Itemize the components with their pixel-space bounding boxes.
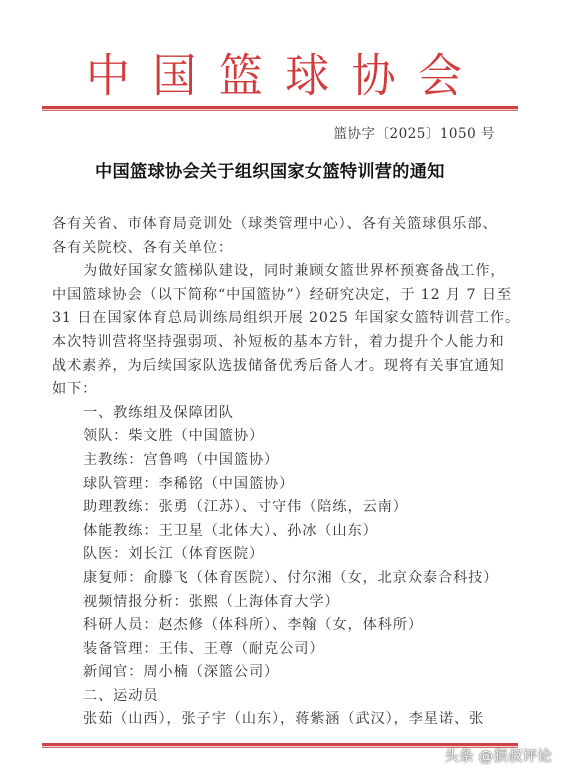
masthead-char: 国 (150, 51, 198, 104)
body-line-paragraph: 为做好国家女篮梯队建设，同时兼顾女篮世界杯预赛备战工作， (52, 260, 502, 284)
red-rule-thin (42, 110, 518, 111)
masthead-char: 篮 (217, 51, 265, 104)
staff-line-team-manager: 球队管理：李稀铭（中国篮协） (52, 473, 502, 497)
document-body: 各有关省、市体育局竞训处（球类管理中心）、各有关篮球俱乐部、 各有关院校、各有关… (52, 213, 502, 732)
staff-line-team-doctor: 队医：刘长江（体育医院） (52, 543, 502, 567)
body-line-paragraph: 本次特训营将坚持强弱项、补短板的基本方针，着力提升个人能力和 (52, 331, 502, 355)
body-line-paragraph: 如下： (52, 378, 502, 402)
athletes-line: 张茹（山西），张子宇（山东），蒋紫涵（武汉），李星诺、张 (52, 708, 502, 732)
source-watermark: 头条 @狠叔评论 (444, 747, 552, 767)
staff-line-fitness-coaches: 体能教练：王卫星（北体大）、孙冰（山东） (52, 520, 502, 544)
body-line-salutation: 各有关省、市体育局竞训处（球类管理中心）、各有关篮球俱乐部、 (52, 213, 502, 237)
document-number: 篮协字〔2025〕1050 号 (333, 124, 495, 144)
masthead-char: 会 (416, 51, 464, 104)
document-title: 中国篮球协会关于组织国家女篮特训营的通知 (95, 160, 475, 184)
masthead-char: 协 (350, 51, 398, 104)
body-line-salutation: 各有关院校、各有关单位： (52, 237, 502, 261)
staff-line-physiotherapists: 康复师：俞滕飞（体育医院）、付尔湘（女，北京众泰合科技） (52, 567, 502, 591)
masthead-title: 中 国 篮 球 协 会 (84, 52, 464, 102)
staff-line-team-leader: 领队：柴文胜（中国篮协） (52, 425, 502, 449)
staff-line-video-analyst: 视频情报分析：张熙（上海体育大学） (52, 591, 502, 615)
body-line-paragraph: 31 日在国家体育总局训练局组织开展 2025 年国家女篮特训营工作。 (52, 307, 502, 331)
masthead-char: 球 (283, 51, 331, 104)
body-line-paragraph: 战术素养，为后续国家队选拔储备优秀后备人才。现将有关事宜通知 (52, 355, 502, 379)
staff-line-researchers: 科研人员：赵杰修（体科所）、李翰（女，体科所） (52, 614, 502, 638)
staff-line-assistant-coaches: 助理教练：张勇（江苏）、寸守伟（陪练，云南） (52, 496, 502, 520)
section-heading-coaching-staff: 一、教练组及保障团队 (52, 402, 502, 426)
staff-line-head-coach: 主教练：宫鲁鸣（中国篮协） (52, 449, 502, 473)
masthead-char: 中 (84, 51, 132, 104)
section-heading-athletes: 二、运动员 (52, 685, 502, 709)
masthead-red-rule (42, 106, 518, 112)
staff-line-equipment: 装备管理：王伟、王尊（耐克公司） (52, 638, 502, 662)
staff-line-press-officer: 新闻官：周小楠（深篮公司） (52, 661, 502, 685)
body-line-paragraph: 中国篮球协会（以下简称“中国篮协”）经研究决定，于 12 月 7 日至 (52, 284, 502, 308)
